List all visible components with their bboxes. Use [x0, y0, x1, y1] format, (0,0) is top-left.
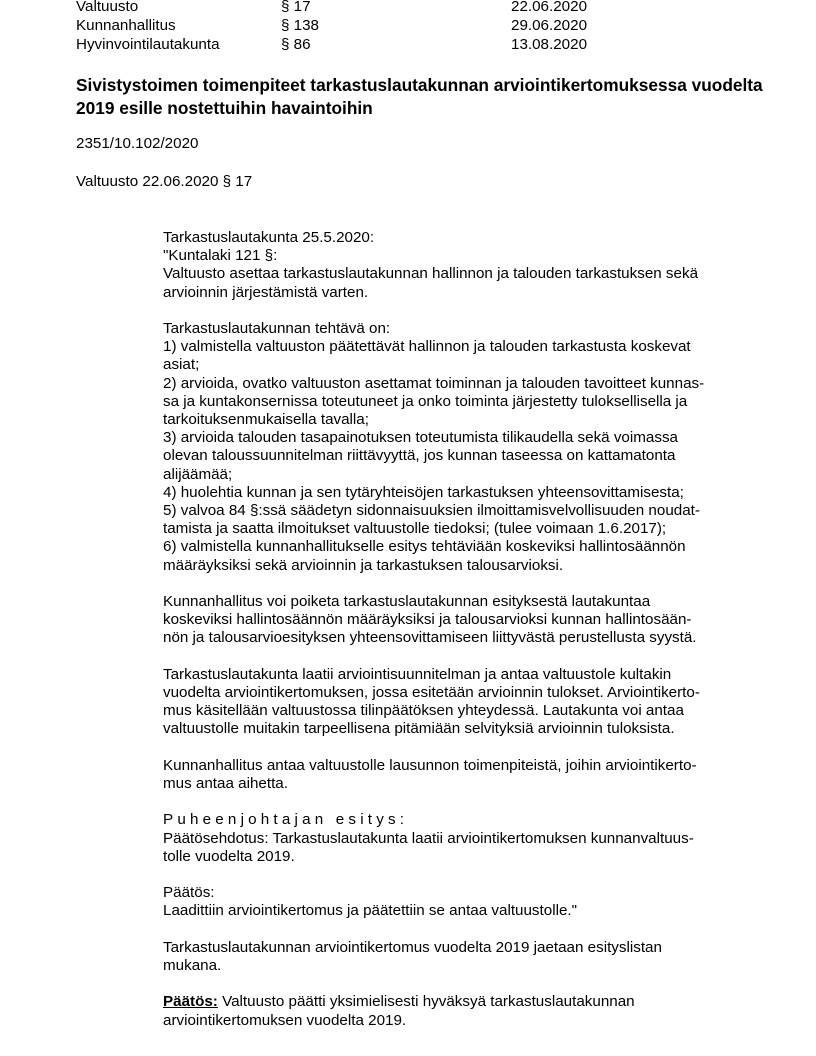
history-date: 13.08.2020 — [511, 35, 711, 54]
text-line: mukana. — [163, 957, 763, 975]
text-line: tolle vuodelta 2019. — [163, 848, 763, 866]
text-line: tarkoituksenmukaisella tavalla; — [163, 411, 763, 429]
paragraph-attachment-note: Tarkastuslautakunnan arviointikertomus v… — [163, 939, 763, 975]
paragraph-evaluation: Tarkastuslautakunta laatii arviointisuun… — [163, 666, 763, 739]
history-date: 29.06.2020 — [511, 16, 711, 35]
text-line: tamista ja saatta ilmoitukset valtuustol… — [163, 520, 763, 538]
history-section: § 17 — [281, 0, 511, 16]
text-line: Tarkastuslautakunnan arviointikertomus v… — [163, 939, 763, 957]
council-decision: Päätös: Valtuusto päätti yksimielisesti … — [163, 993, 763, 1011]
text-line: koskeviksi hallintosäännön määräyksiksi … — [163, 611, 763, 629]
chair-proposal-heading: Puheenjohtajan esitys: — [163, 811, 763, 829]
text-line: 5) valvoa 84 §:ssä säädetyn sidonnaisuuk… — [163, 502, 763, 520]
text-line: alijäämää; — [163, 466, 763, 484]
text-line: Kunnanhallitus voi poiketa tarkastuslaut… — [163, 593, 763, 611]
text-line: Tarkastuslautakunnan tehtävä on: — [163, 320, 763, 338]
text-line: 4) huolehtia kunnan ja sen tytäryhteisöj… — [163, 484, 763, 502]
text-line: 2) arvioida, ovatko valtuuston asettamat… — [163, 375, 763, 393]
text-line: vuodelta arviointikertomuksen, jossa esi… — [163, 684, 763, 702]
history-body: Kunnanhallitus — [76, 16, 281, 35]
paragraph-board-decision: Päätös:Laadittiin arviointikertomus ja p… — [163, 884, 763, 920]
item-body: Tarkastuslautakunta 25.5.2020:"Kuntalaki… — [163, 229, 763, 1030]
decision-text-line: arviointikertomuksen vuodelta 2019. — [163, 1012, 763, 1030]
agenda-item-title: Sivistystoimen toimenpiteet tarkastuslau… — [76, 74, 776, 120]
processing-history-table: Valtuusto § 17 22.06.2020 Kunnanhallitus… — [76, 0, 716, 54]
text-line: "Kuntalaki 121 §: — [163, 247, 763, 265]
text-line: 1) valmistella valtuuston päätettävät ha… — [163, 338, 763, 356]
history-row: Valtuusto § 17 22.06.2020 — [76, 0, 716, 16]
history-section: § 86 — [281, 35, 511, 54]
decision-label: Päätös: — [163, 993, 218, 1010]
history-date: 22.06.2020 — [511, 0, 711, 16]
paragraph-statement: Kunnanhallitus antaa valtuustolle lausun… — [163, 757, 763, 793]
paragraph-duties: Tarkastuslautakunnan tehtävä on:1) valmi… — [163, 320, 763, 575]
text-line: mus antaa aihetta. — [163, 775, 763, 793]
text-line: Päätösehdotus: Tarkastuslautakunta laati… — [163, 830, 763, 848]
text-line: 6) valmistella kunnanhallitukselle esity… — [163, 538, 763, 556]
text-line: 3) arvioida talouden tasapainotuksen tot… — [163, 429, 763, 447]
history-body: Valtuusto — [76, 0, 281, 16]
paragraph-exception: Kunnanhallitus voi poiketa tarkastuslaut… — [163, 593, 763, 648]
decision-text-line: Valtuusto päätti yksimielisesti hyväksyä… — [218, 993, 635, 1010]
text-line: olevan taloussuunnitelman riittävyyttä, … — [163, 447, 763, 465]
meeting-reference: Valtuusto 22.06.2020 § 17 — [76, 172, 252, 191]
history-body: Hyvinvointilautakunta — [76, 35, 281, 54]
text-line: Valtuusto asettaa tarkastuslautakunnan h… — [163, 265, 763, 283]
text-line: mus käsitellään valtuustossa tilinpäätök… — [163, 702, 763, 720]
text-line: Tarkastuslautakunta laatii arviointisuun… — [163, 666, 763, 684]
paragraph-proposal: Päätösehdotus: Tarkastuslautakunta laati… — [163, 830, 763, 866]
history-row: Hyvinvointilautakunta § 86 13.08.2020 — [76, 35, 716, 54]
text-line: Päätös: — [163, 884, 763, 902]
document-number: 2351/10.102/2020 — [76, 134, 198, 153]
history-row: Kunnanhallitus § 138 29.06.2020 — [76, 16, 716, 35]
text-line: Laadittiin arviointikertomus ja päätetti… — [163, 902, 763, 920]
paragraph-intro: Tarkastuslautakunta 25.5.2020:"Kuntalaki… — [163, 229, 763, 302]
text-line: arvioinnin järjestämistä varten. — [163, 284, 763, 302]
text-line: sa ja kuntakonsernissa toteutuneet ja on… — [163, 393, 763, 411]
text-line: Tarkastuslautakunta 25.5.2020: — [163, 229, 763, 247]
text-line: nön ja talousarvioesityksen yhteensovitt… — [163, 629, 763, 647]
history-section: § 138 — [281, 16, 511, 35]
text-line: Kunnanhallitus antaa valtuustolle lausun… — [163, 757, 763, 775]
text-line: valtuustolle muitakin tarpeellisena pitä… — [163, 720, 763, 738]
text-line: määräyksiksi sekä arvioinnin ja tarkastu… — [163, 557, 763, 575]
text-line: asiat; — [163, 356, 763, 374]
